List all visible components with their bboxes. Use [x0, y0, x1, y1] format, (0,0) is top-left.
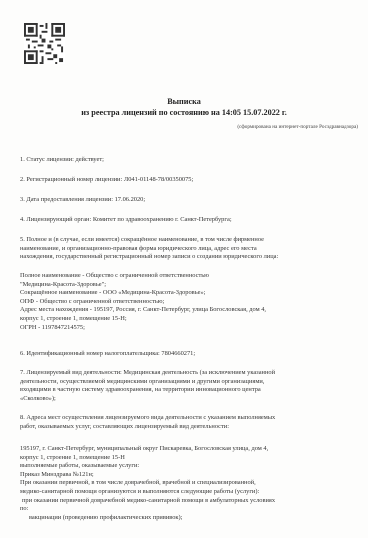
license-date: 3. Дата предоставления лицензии: 17.06.2… — [20, 196, 365, 205]
document-subtitle: из реестра лицензий по состоянию на 14:0… — [0, 108, 368, 117]
licensing-authority: 4. Лицензирующий орган: Комитет по здрав… — [20, 216, 365, 225]
inn: 6. Идентификационный номер налогоплатель… — [20, 350, 365, 359]
legal-form: ОПФ - Общество с ограниченной ответствен… — [20, 298, 365, 307]
entity-details: Полное наименование - Общество с огранич… — [20, 272, 365, 332]
order-reference: Приказ Минздрава №121н; — [20, 471, 365, 480]
primary-care-line: медико-санитарной помощи организуются и … — [20, 488, 365, 497]
works-label: выполняемые работы, оказываемые услуги: — [20, 462, 365, 471]
place-details: 195197, г. Санкт-Петербург, муниципальны… — [20, 445, 365, 522]
activity-line: «Сколково»); — [20, 395, 365, 404]
license-status: 1. Статус лицензии: действует; — [20, 156, 365, 165]
legal-address: Адрес места нахождения - 195197, Россия,… — [20, 306, 365, 315]
short-name: Сокращённое наименование - ООО «Медицина… — [20, 289, 365, 298]
ambulatory-line: по: — [20, 505, 365, 514]
activity-line: 7. Лицензируемый вид деятельности: Медиц… — [20, 369, 365, 378]
licensed-activity: 7. Лицензируемый вид деятельности: Медиц… — [20, 369, 365, 403]
places-line: 8. Адреса мест осуществления лицензируем… — [20, 414, 365, 423]
legal-address: корпус 1, строение 1, помещение 15-Н; — [20, 315, 365, 324]
place-address: корпус 1, строение 1, помещение 15-Н — [20, 454, 365, 463]
license-number: 2. Регистрационный номер лицензии: Л041-… — [20, 176, 365, 185]
vaccination-line: вакцинации (проведению профилактических … — [20, 514, 365, 523]
document-title: Выписка — [0, 97, 368, 106]
ogrn: ОГРН - 1197847214575; — [20, 324, 365, 333]
activity-line: деятельности, осуществляемой медицинским… — [20, 378, 365, 387]
full-name: Полное наименование - Общество с огранич… — [20, 272, 365, 281]
ambulatory-line: при оказании первичной доврачебной медик… — [20, 497, 365, 506]
entity-name-section: 5. Полное и (в случае, если имеется) сок… — [20, 236, 365, 262]
full-name: "Медицина-Красота-Здоровье"; — [20, 281, 365, 290]
entity-heading-line: 5. Полное и (в случае, если имеется) сок… — [20, 236, 365, 245]
entity-heading-line: нахождения, государственный регистрацион… — [20, 253, 365, 262]
qr-code-icon — [24, 23, 65, 64]
places-line: работ, оказываемых услуг, составляющих л… — [20, 423, 365, 432]
activity-line: входящими в частную систему здравоохране… — [20, 386, 365, 395]
entity-heading-line: наименование, и организационно-правовая … — [20, 245, 365, 254]
activity-places: 8. Адреса мест осуществления лицензируем… — [20, 414, 365, 431]
source-note: (сформирована на интернет-портале Росздр… — [237, 124, 358, 130]
place-address: 195197, г. Санкт-Петербург, муниципальны… — [20, 445, 365, 454]
primary-care-line: При оказании первичной, в том числе довр… — [20, 479, 365, 488]
